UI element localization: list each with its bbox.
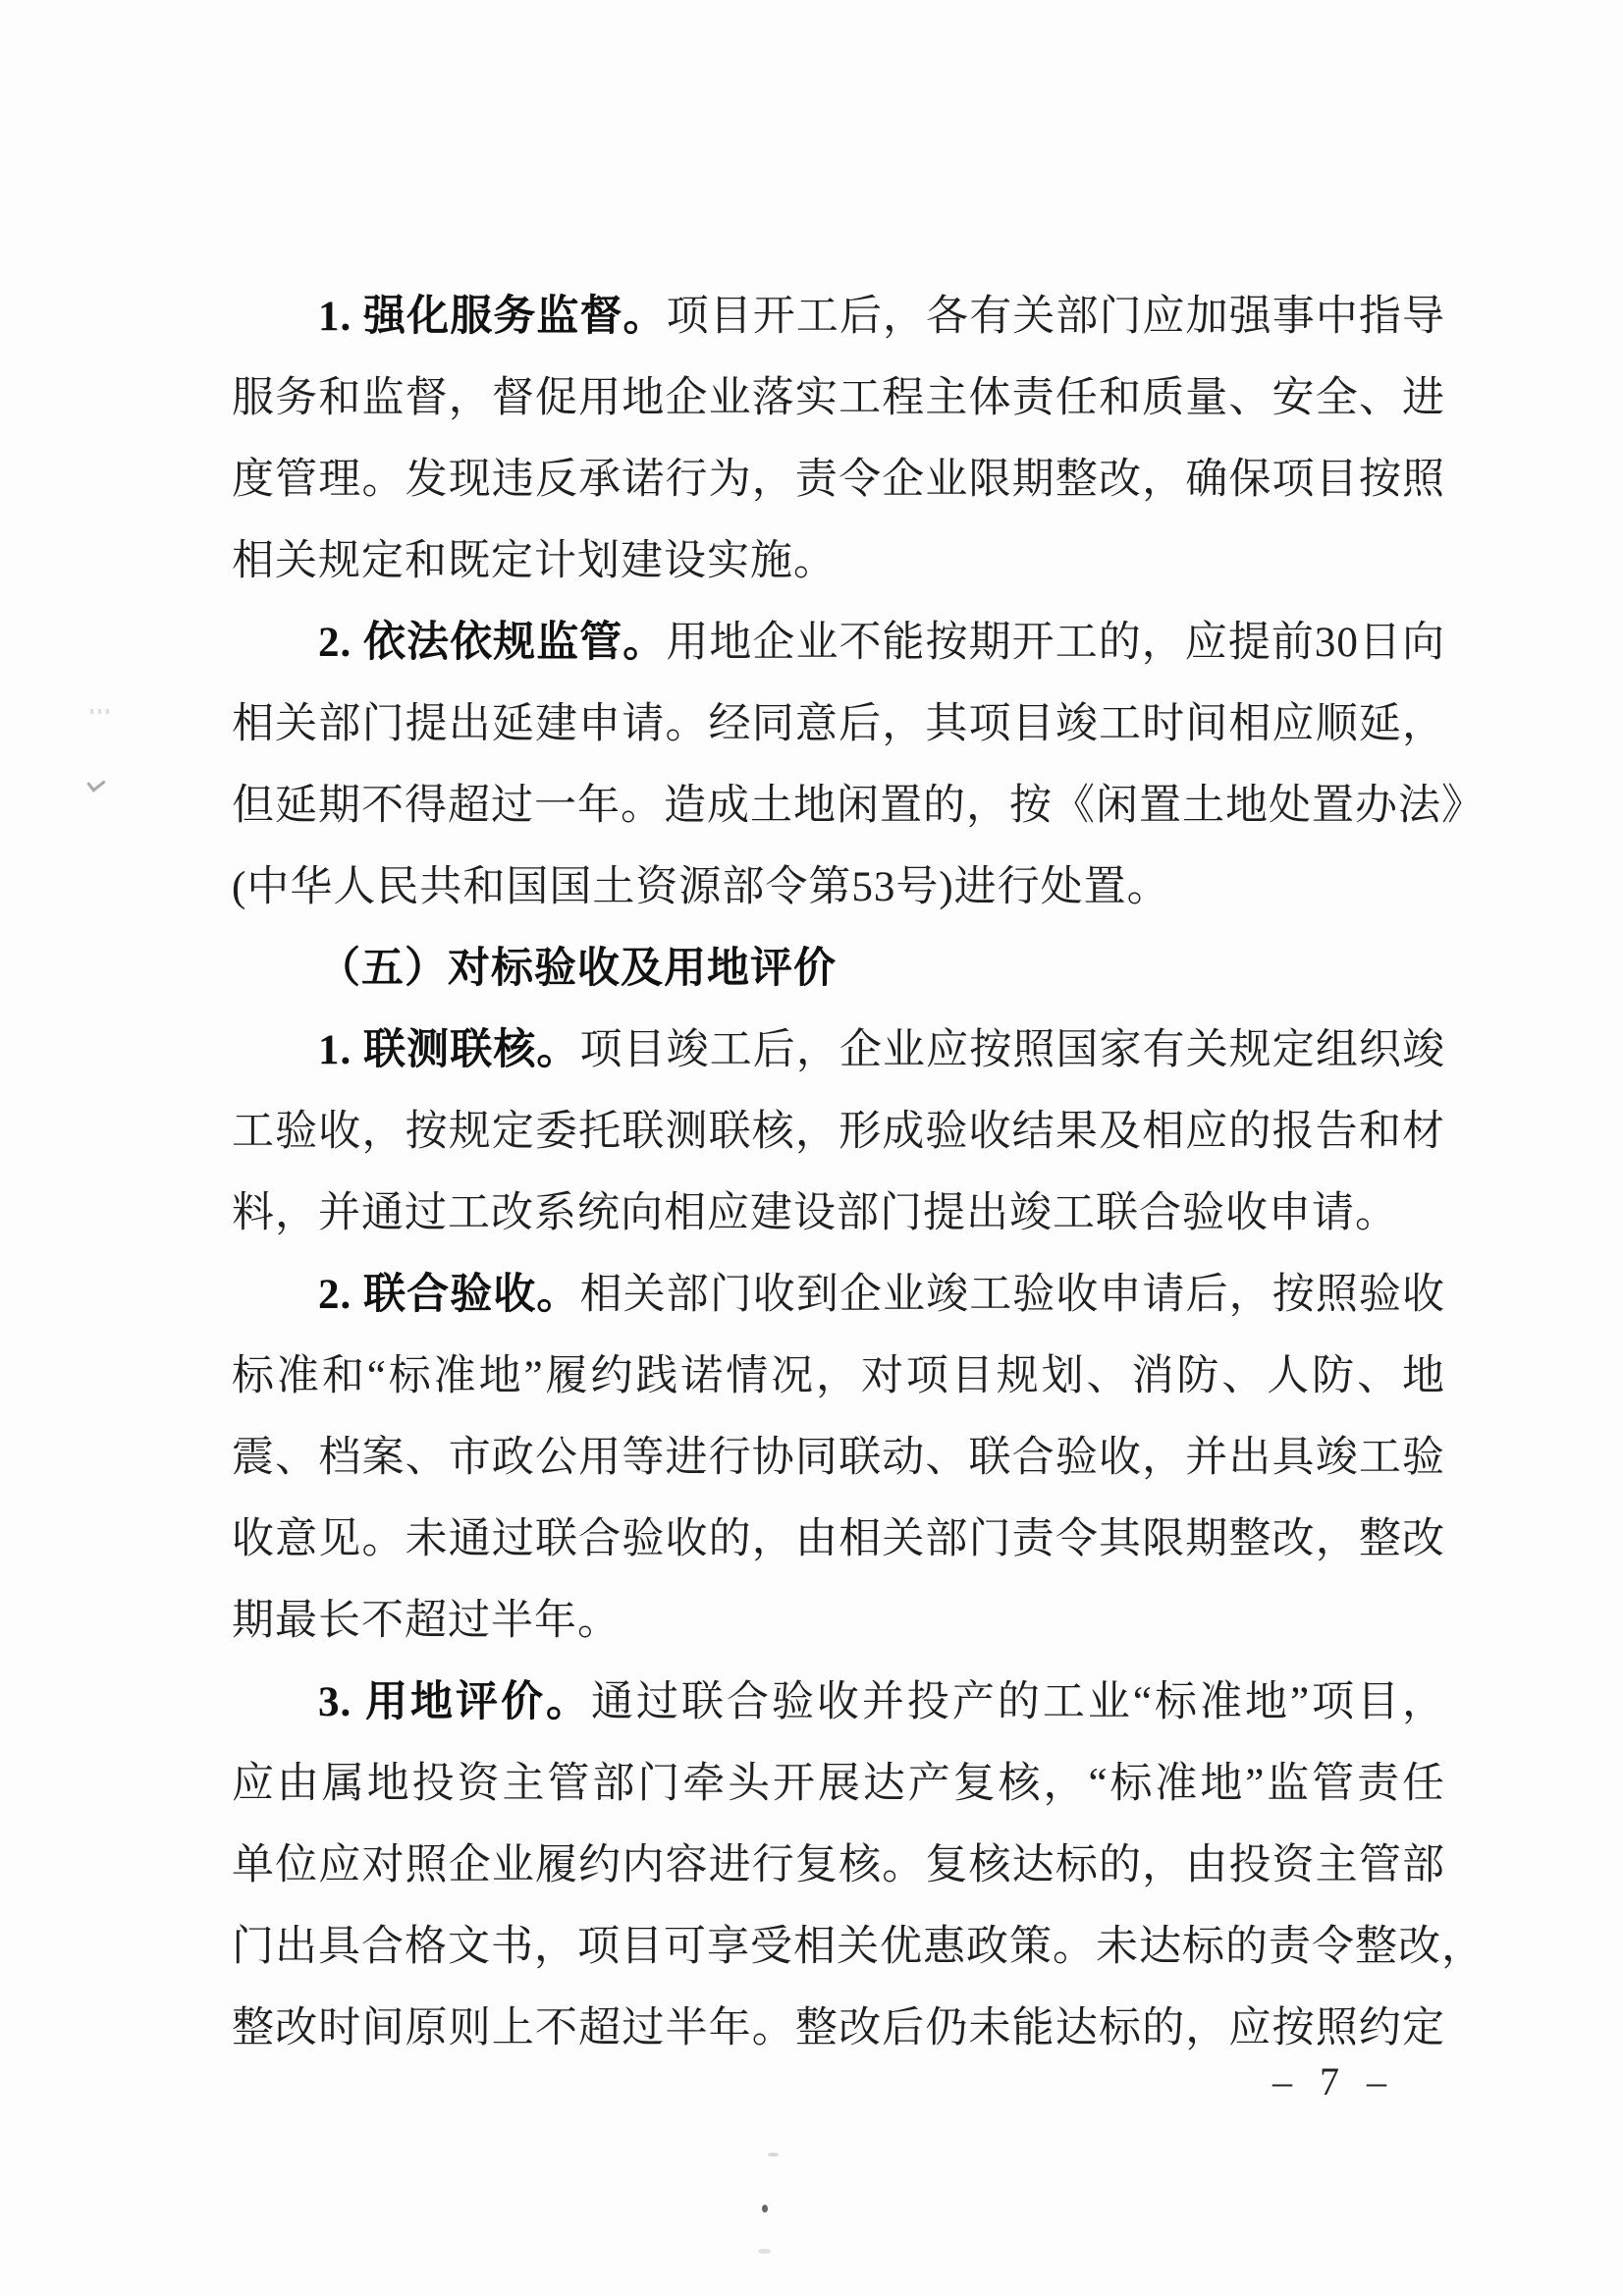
section-heading-text: （五）对标验收及用地评价 (318, 946, 837, 992)
paragraph-lead: 3. 用地评价。 (318, 1679, 591, 1725)
paragraph-lead: 1. 强化服务监督。 (318, 294, 667, 340)
paragraph-lead: 1. 联测联核。 (318, 1027, 579, 1073)
paragraph-text: 用地企业不能按期开工的，应提前30日向 (666, 620, 1445, 666)
paragraph-text: 项目竣工后，企业应按照国家有关规定组织竣 (579, 1027, 1445, 1073)
scan-artifact-mark (86, 774, 105, 793)
paragraph-line: 应由属地投资主管部门牵头开展达产复核，“标准地”监管责任 (232, 1743, 1445, 1825)
paragraph-text: 料，并通过工改系统向相应建设部门提出竣工联合验收申请。 (232, 1190, 1398, 1236)
section-heading: （五）对标验收及用地评价 (232, 928, 1445, 1010)
page-number: – 7 – (1272, 2058, 1395, 2105)
paragraph-end-line: 相关规定和既定计划建设实施。 (232, 520, 1445, 602)
document-page: 1. 强化服务监督。项目开工后，各有关部门应加强事中指导 服务和监督，督促用地企… (0, 0, 1623, 2296)
paragraph-line: 震、档案、市政公用等进行协同联动、联合验收，并出具竣工验 (232, 1417, 1445, 1499)
paragraph-text: 项目开工后，各有关部门应加强事中指导 (667, 294, 1445, 340)
paragraph-lead-line: 1. 联测联核。项目竣工后，企业应按照国家有关规定组织竣 (232, 1010, 1445, 1091)
paragraph-text: 门出具合格文书，项目可享受相关优惠政策。未达标的责令整改， (232, 1924, 1485, 1970)
paragraph-text: 度管理。发现违反承诺行为，责令企业限期整改，确保项目按照 (232, 457, 1445, 503)
paragraph-line: 门出具合格文书，项目可享受相关优惠政策。未达标的责令整改， (232, 1906, 1445, 1988)
paragraph-text: 服务和监督，督促用地企业落实工程主体责任和质量、安全、进 (232, 375, 1445, 421)
paragraph-text: 单位应对照企业履约内容进行复核。复核达标的，由投资主管部 (232, 1842, 1445, 1888)
paragraph-line: 收意见。未通过联合验收的，由相关部门责令其限期整改，整改 (232, 1499, 1445, 1580)
paragraph-text: 工验收，按规定委托联测联核，形成验收结果及相应的报告和材 (232, 1109, 1445, 1155)
paragraph-line: 但延期不得超过一年。造成土地闲置的，按《闲置土地处置办法》 (232, 765, 1445, 847)
paragraph-line: 工验收，按规定委托联测联核，形成验收结果及相应的报告和材 (232, 1091, 1445, 1173)
scan-artifact-speck (758, 2249, 771, 2254)
paragraph-lead: 2. 依法依规监管。 (318, 620, 666, 666)
paragraph-lead: 2. 联合验收。 (318, 1272, 579, 1318)
paragraph-line: 标准和“标准地”履约践诺情况，对项目规划、消防、人防、地 (232, 1336, 1445, 1417)
paragraph-end-line: 料，并通过工改系统向相应建设部门提出竣工联合验收申请。 (232, 1173, 1445, 1254)
paragraph-lead-line: 3. 用地评价。通过联合验收并投产的工业“标准地”项目， (232, 1662, 1445, 1743)
paragraph-end-line: 期最长不超过半年。 (232, 1580, 1445, 1662)
paragraph-text: 相关部门收到企业竣工验收申请后，按照验收 (579, 1272, 1445, 1318)
paragraph-text: 整改时间原则上不超过半年。整改后仍未能达标的，应按照约定 (232, 2005, 1445, 2051)
paragraph-text: 震、档案、市政公用等进行协同联动、联合验收，并出具竣工验 (232, 1435, 1445, 1481)
paragraph-line: 单位应对照企业履约内容进行复核。复核达标的，由投资主管部 (232, 1825, 1445, 1906)
paragraph-text: 收意见。未通过联合验收的，由相关部门责令其限期整改，整改 (232, 1516, 1445, 1562)
document-body: 1. 强化服务监督。项目开工后，各有关部门应加强事中指导 服务和监督，督促用地企… (232, 276, 1445, 2069)
paragraph-text: 相关规定和既定计划建设实施。 (232, 538, 837, 584)
paragraph-end-line: (中华人民共和国国土资源部令第53号)进行处置。 (232, 847, 1445, 928)
paragraph-text: 但延期不得超过一年。造成土地闲置的，按《闲置土地处置办法》 (232, 783, 1485, 829)
paragraph-line: 服务和监督，督促用地企业落实工程主体责任和质量、安全、进 (232, 357, 1445, 439)
paragraph-line: 度管理。发现违反承诺行为，责令企业限期整改，确保项目按照 (232, 439, 1445, 520)
paragraph-text: 相关部门提出延建申请。经同意后，其项目竣工时间相应顺延， (232, 701, 1445, 747)
paragraph-lead-line: 1. 强化服务监督。项目开工后，各有关部门应加强事中指导 (232, 276, 1445, 357)
paragraph-text: 通过联合验收并投产的工业“标准地”项目， (591, 1679, 1445, 1725)
paragraph-line: 相关部门提出延建申请。经同意后，其项目竣工时间相应顺延， (232, 683, 1445, 765)
paragraph-text: 期最长不超过半年。 (232, 1598, 621, 1644)
paragraph-lead-line: 2. 依法依规监管。用地企业不能按期开工的，应提前30日向 (232, 602, 1445, 683)
scan-artifact-dots (90, 709, 112, 714)
scan-artifact-speck (768, 2153, 779, 2157)
paragraph-text: 应由属地投资主管部门牵头开展达产复核，“标准地”监管责任 (232, 1761, 1445, 1807)
paragraph-lead-line: 2. 联合验收。相关部门收到企业竣工验收申请后，按照验收 (232, 1254, 1445, 1336)
paragraph-text: 标准和“标准地”履约践诺情况，对项目规划、消防、人防、地 (232, 1353, 1445, 1399)
paragraph-line: 整改时间原则上不超过半年。整改后仍未能达标的，应按照约定 (232, 1988, 1445, 2069)
scan-artifact-speck (762, 2205, 768, 2213)
paragraph-text: (中华人民共和国国土资源部令第53号)进行处置。 (232, 864, 1170, 910)
